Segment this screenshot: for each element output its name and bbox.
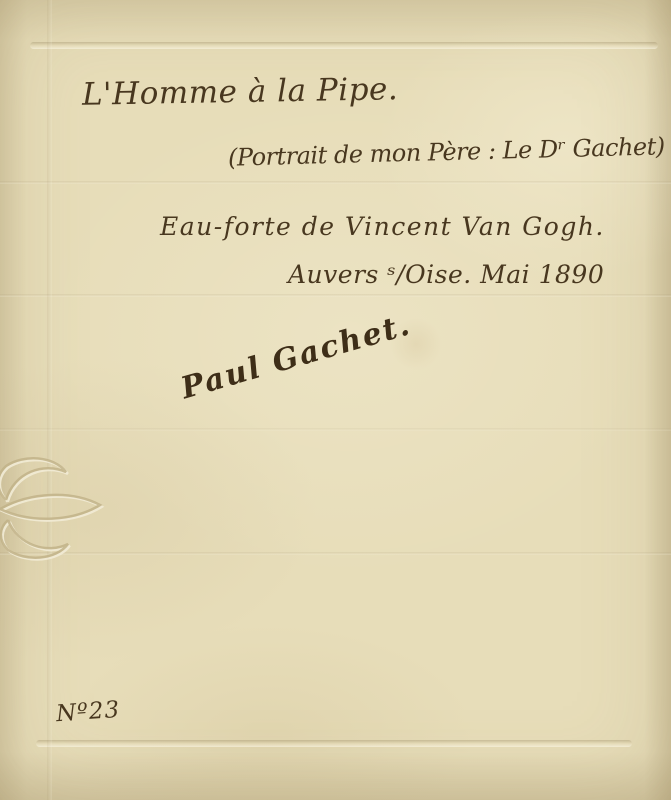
plate-mark-top [30,42,658,49]
subtitle-line: (Portrait de mon Père : Le Dʳ Gachet) [228,132,665,171]
paper-fold [47,0,52,800]
manuscript-page: L'Homme à la Pipe. (Portrait de mon Père… [0,0,671,800]
medium-line: Eau-forte de Vincent Van Gogh. [160,212,605,241]
signature: Paul Gachet. [177,307,415,406]
inventory-number: Nº23 [55,697,121,727]
plate-mark-bottom [36,740,632,747]
paper-crease [0,294,671,297]
paper-crease [0,181,671,184]
title-line: L'Homme à la Pipe. [82,71,399,113]
fleur-de-lis-embossing-icon [0,424,152,584]
place-date-line: Auvers ˢ/Oise. Mai 1890 [288,260,604,289]
